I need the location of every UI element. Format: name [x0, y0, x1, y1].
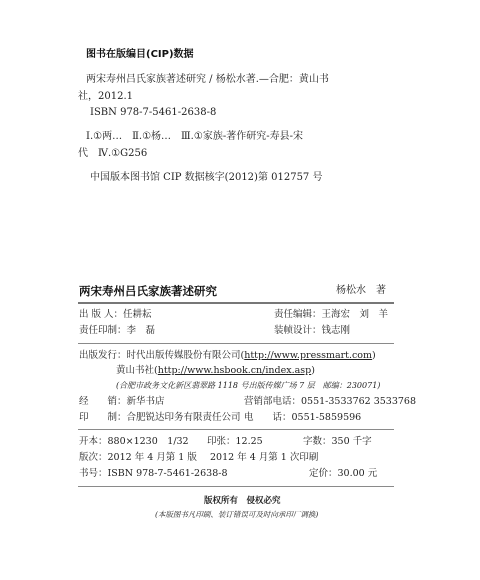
divider	[78, 343, 394, 344]
house-url[interactable]: http://www.hsbook.cn/index.asp	[158, 365, 312, 376]
book-title: 两宋寿州吕氏家族著述研究	[79, 283, 217, 299]
publishing-house: 黄山书社(http://www.hsbook.cn/index.asp)	[116, 365, 315, 377]
distributor-url[interactable]: http://www.pressmart.com	[244, 350, 372, 361]
house-label: 黄山书社(	[116, 365, 158, 376]
print-sheets: 印张：12.25	[207, 436, 263, 448]
divider	[78, 486, 394, 487]
cip-classification-2: 代 Ⅳ.①G256	[78, 148, 147, 160]
cip-catalog-number: 中国版本图书馆 CIP 数据核字(2012)第 012757 号	[90, 172, 322, 184]
edition: 版次：2012 年 4 月第 1 版	[79, 452, 197, 464]
distributor-label: 出版发行：时代出版传媒股份有限公司(	[79, 350, 244, 361]
marketing-phone: 营销部电话：0551-3533762 3533768	[244, 396, 416, 408]
divider	[78, 429, 394, 430]
word-count: 字数：350 千字	[303, 436, 372, 448]
book-number: 书号：ISBN 978-7-5461-2638-8	[79, 468, 228, 480]
printer: 印 制：合肥锐达印务有限责任公司	[79, 412, 241, 424]
cip-line-2: 社，2012.1	[78, 91, 133, 103]
publisher-address: (合肥市政务文化新区翡翠路 1118 号出版传媒广场 7 层 邮编：230071…	[116, 381, 380, 391]
cip-line-1: 两宋寿州吕氏家族著述研究 / 杨松水著.—合肥：黄山书	[86, 74, 329, 86]
printing: 2012 年 4 月第 1 次印刷	[210, 452, 318, 464]
price: 定价：30.00 元	[309, 468, 377, 480]
distributor: 出版发行：时代出版传媒股份有限公司(http://www.pressmart.c…	[79, 350, 376, 362]
printer-phone: 电 话：0551-5859596	[244, 412, 361, 424]
cip-classification-1: Ⅰ.①两… Ⅱ.①杨… Ⅲ.①家族-著作研究-寿县-宋	[86, 131, 303, 143]
distributor-close: )	[372, 350, 376, 361]
cip-heading: 图书在版编目(CIP)数据	[86, 45, 194, 60]
copyright-notice: 版权所有 侵权必究	[204, 494, 281, 506]
book-format: 开本：880×1230 1/32	[79, 436, 189, 448]
divider	[78, 302, 394, 304]
house-close: )	[311, 365, 315, 376]
responsible-editor: 责任编辑：王海宏 刘 羊	[274, 309, 388, 321]
dealer: 经 销：新华书店	[79, 396, 165, 408]
book-author: 杨松水 著	[336, 285, 386, 297]
cip-isbn: ISBN 978-7-5461-2638-8	[90, 107, 216, 119]
replacement-note: (本版图书凡印刷、装订错误可及时向承印厂调换)	[155, 510, 318, 520]
publisher-person: 出 版 人：任耕耘	[79, 309, 152, 321]
cover-designer: 装帧设计：钱志刚	[274, 325, 350, 337]
print-manager: 责任印制：李 磊	[79, 325, 155, 337]
